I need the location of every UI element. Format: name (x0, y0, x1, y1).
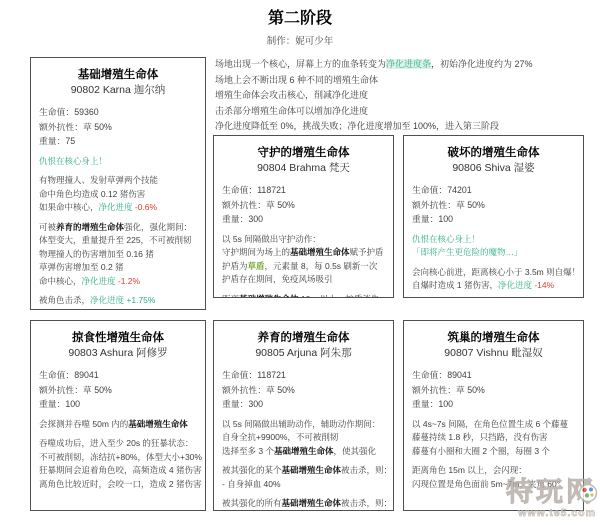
text-segment: 净化进度 (99, 202, 133, 212)
text-segment: ，元素量 8，每 0.5s 刷新一次 (265, 261, 378, 271)
card-text-line: - 直接自杀 (222, 511, 385, 512)
card-basic-proliferator: 基础增殖生命体90802 Karna 迦尔纳生命值：59360额外抗性：草 50… (30, 57, 206, 310)
card-text-line: 可被养育的增殖生命体强化，强化期间： (39, 221, 197, 235)
card-stat-resistance: 额外抗性：草 50% (39, 120, 197, 135)
text-segment: 命中角色均造成 0.12 猪伤害 (39, 189, 145, 199)
text-segment: 基础增殖生命体 (290, 247, 350, 257)
card-text-line: 不可被削韧，冻结抗+80%，体型大小+30% (39, 451, 197, 465)
card-text-line: 选择至多 3 个基础增殖生命体，使其强化 (222, 445, 385, 459)
card-text-line: 有物理撞人、发射草弹两个技能 (39, 174, 197, 188)
card-text-line: 藤蔓持续 1.8 秒，只挡路，没有伤害 (412, 431, 575, 445)
card-text-line: 护盾存在期间，免疫风场吸引 (222, 273, 385, 287)
text-segment: 净化进度 (82, 276, 116, 286)
card-subtitle: 90807 Vishnu 毗湿奴 (412, 346, 575, 361)
text-segment: 体型变大，重量提升至 225，不可被削韧 (39, 235, 192, 245)
text-segment: 场地上会不断出现 6 种不同的增殖生命体 (215, 75, 378, 85)
text-segment: 不可被削韧，冻结抗+80%，体型大小+30% (39, 452, 202, 462)
text-segment: 养育的增殖生命体 (56, 222, 124, 232)
card-stat-resistance: 额外抗性：草 50% (222, 198, 385, 213)
card-stat-hp: 生命值：59360 (39, 105, 197, 120)
text-segment: 仇恨在核心身上！ (412, 234, 480, 244)
text-segment: 净化进度降低至 0%，挑战失败；净化进度增加至 100%，进入第三阶段 (215, 121, 499, 131)
text-segment: 自爆时造成 1 猪伤害， (412, 280, 498, 290)
text-segment: 有物理撞人、发射草弹两个技能 (39, 175, 158, 185)
text-segment: 强化，强化期间： (124, 222, 192, 232)
text-segment: 自身全抗+9900%，不可被削韧 (222, 432, 338, 442)
watermark-url: www.te5.com (506, 507, 596, 519)
intro-line: 净化进度降低至 0%，挑战失败；净化进度增加至 100%，进入第三阶段 (215, 119, 593, 135)
card-paragraph: 以 4s~7s 间隔，在角色位置生成 6 个藤蔓藤蔓持续 1.8 秒，只挡路，没… (412, 418, 575, 459)
text-segment: 被击杀，则： (341, 498, 392, 508)
card-text-line: 藤蔓有小圈和大圈 2 个圈，每圈 3 个 (412, 445, 575, 459)
infographic-page: 第二阶段 制作：妮可少年 场地出现一个核心，屏幕上方的血条转变为净化进度条，初始… (0, 0, 600, 525)
card-guardian-proliferator: 守护的增殖生命体90804 Brahma 梵天生命值：118721额外抗性：草 … (213, 135, 394, 298)
text-segment: 「即将产生更危险的魔物…」 (412, 247, 523, 257)
text-segment: 守护期间为场上的 (222, 247, 290, 257)
text-segment: 选择至多 3 个 (222, 446, 274, 456)
watermark-site-name: 特玩网 (506, 478, 596, 506)
card-paragraph: 被其强化的所有基础增殖生命体被击杀，则：- 直接自杀 (222, 497, 385, 511)
card-title: 筑巢的增殖生命体 (412, 330, 575, 346)
text-segment: - 自身掉血 40% (222, 479, 281, 489)
text-segment: 增殖生命体会攻击核心，削减净化进度 (215, 90, 368, 100)
card-text-line: 离角色比较近时，会咬一口，造成 2 猪伤害 (39, 478, 197, 492)
card-title: 掠食性增殖生命体 (39, 330, 197, 346)
card-stat-weight: 重量：300 (222, 397, 385, 412)
card-text-line: 如果命中核心，净化进度 -0.6% (39, 201, 197, 215)
card-paragraph: 仇恨在核心身上！ (39, 155, 197, 169)
card-text-line: 「即将产生更危险的魔物…」 (412, 246, 575, 260)
card-stat-hp: 生命值：74201 (412, 183, 575, 198)
credit-line: 制作：妮可少年 (0, 33, 600, 47)
card-stat-resistance: 额外抗性：草 50% (222, 383, 385, 398)
text-segment: 藤蔓持续 1.8 秒，只挡路，没有伤害 (412, 432, 548, 442)
card-title: 养育的增殖生命体 (222, 330, 385, 346)
text-segment: -0.6% (133, 202, 158, 212)
text-segment: 护盾为 (222, 261, 248, 271)
text-segment: 基础增殖生命体 (128, 419, 188, 429)
card-stat-weight: 重量：100 (39, 397, 197, 412)
card-paragraph: 被角色击杀，净化进度 +1.75% (39, 294, 197, 308)
card-text-line: 仇恨在核心身上！ (412, 233, 575, 247)
text-segment: 被其强化的所有 (222, 498, 282, 508)
text-segment: 草弹伤害增加至 0.2 猪 (39, 262, 124, 272)
card-stat-resistance: 额外抗性：草 50% (39, 383, 197, 398)
card-destroyer-proliferator: 破坏的增殖生命体90806 Shiva 湿婆生命值：74201额外抗性：草 50… (403, 135, 584, 298)
card-paragraph: 吞噬成功后，进入至少 20s 的狂暴状态：不可被削韧，冻结抗+80%，体型大小+… (39, 437, 197, 491)
text-segment: 击杀部分增殖生命体可以增加净化进度 (215, 106, 368, 116)
intro-line: 场地上会不断出现 6 种不同的增殖生命体 (215, 73, 593, 89)
text-segment: 草盾 (248, 261, 265, 271)
card-text-line: 护盾为草盾，元素量 8，每 0.5s 刷新一次 (222, 260, 385, 274)
card-paragraph: 会探测并吞噬 50m 内的基础增殖生命体 (39, 418, 197, 432)
card-paragraph: 距离基础增殖生命体 10m 以上，护盾消失 (222, 293, 385, 299)
card-text-line: 命中角色均造成 0.12 猪伤害 (39, 188, 197, 202)
text-segment: 护盾存在期间，免疫风场吸引 (222, 274, 333, 284)
card-text-line: 物理撞人的伤害增加至 0.16 猪 (39, 248, 197, 262)
card-stat-weight: 重量：300 (222, 212, 385, 227)
text-segment: 命中核心， (39, 276, 82, 286)
text-segment: 净化进度 (498, 280, 532, 290)
text-segment: 如果命中核心， (39, 202, 99, 212)
card-text-line: 草弹伤害增加至 0.2 猪 (39, 261, 197, 275)
text-segment: 狂暴期间会追着角色咬，高频造成 4 猪伤害 (39, 465, 201, 475)
text-segment: -14% (532, 280, 554, 290)
card-subtitle: 90805 Arjuna 阿朱那 (222, 346, 385, 361)
text-segment: 会向核心前进，距离核心小于 3.5m 则自爆！ (412, 267, 580, 277)
card-title: 守护的增殖生命体 (222, 145, 385, 161)
card-text-line: 距离角色 15m 以上，会闪现： (412, 464, 575, 478)
card-subtitle: 90803 Ashura 阿修罗 (39, 346, 197, 361)
text-segment: 可被 (39, 222, 56, 232)
card-paragraph: 以 5s 间隔做出守护动作：守护期间为场上的基础增殖生命体赋予护盾护盾为草盾，元… (222, 233, 385, 287)
card-text-line: 被其强化的某个基础增殖生命体被击杀，则： (222, 464, 385, 478)
text-segment: +1.75% (124, 295, 155, 305)
card-text-line: 自身全抗+9900%，不可被削韧 (222, 431, 385, 445)
text-segment: 以 5s 间隔做出守护动作： (222, 234, 321, 244)
intro-text: 场地出现一个核心，屏幕上方的血条转变为净化进度条，初始净化进度约为 27%场地上… (215, 57, 593, 135)
page-title: 第二阶段 (0, 8, 600, 30)
text-segment: 吞噬成功后，进入至少 20s 的狂暴状态： (39, 438, 193, 448)
card-text-line: 会探测并吞噬 50m 内的基础增殖生命体 (39, 418, 197, 432)
text-segment: 仇恨在核心身上！ (39, 156, 107, 166)
card-stat-hp: 生命值：89041 (39, 368, 197, 383)
card-text-line: 会向核心前进，距离核心小于 3.5m 则自爆！ (412, 266, 575, 280)
card-paragraph: 被其强化的某个基础增殖生命体被击杀，则：- 自身掉血 40% (222, 464, 385, 491)
text-segment: 被角色击杀， (39, 295, 90, 305)
text-segment: 基础增殖生命体 (282, 498, 342, 508)
text-segment: 净化进度条 (386, 59, 431, 69)
card-stat-hp: 生命值：118721 (222, 183, 385, 198)
card-title: 基础增殖生命体 (39, 67, 197, 83)
header: 第二阶段 制作：妮可少年 (0, 8, 600, 47)
card-nurturer-proliferator: 养育的增殖生命体90805 Arjuna 阿朱那生命值：118721额外抗性：草… (213, 320, 394, 511)
card-paragraph: 以 5s 间隔做出辅助动作，辅助动作期间：自身全抗+9900%，不可被削韧选择至… (222, 418, 385, 459)
card-paragraph: 会向核心前进，距离核心小于 3.5m 则自爆！自爆时造成 1 猪伤害，净化进度 … (412, 266, 575, 293)
card-text-line: 以 4s~7s 间隔，在角色位置生成 6 个藤蔓 (412, 418, 575, 432)
watermark: 特玩网 www.te5.com (506, 478, 596, 519)
card-stat-resistance: 额外抗性：草 50% (412, 198, 575, 213)
card-stat-weight: 重量：75 (39, 134, 197, 149)
text-segment: 距离 (222, 294, 239, 299)
card-text-line: 仇恨在核心身上！ (39, 155, 197, 169)
text-segment: ，初始净化进度约为 27% (431, 59, 533, 69)
card-text-line: 吞噬成功后，进入至少 20s 的狂暴状态： (39, 437, 197, 451)
text-segment: 以 4s~7s 间隔，在角色位置生成 6 个藤蔓 (412, 419, 568, 429)
card-text-line: 自爆时造成 1 猪伤害，净化进度 -14% (412, 279, 575, 293)
text-segment: 净化进度 (90, 295, 124, 305)
text-segment: 物理撞人的伤害增加至 0.16 猪 (39, 249, 154, 259)
card-subtitle: 90802 Karna 迦尔纳 (39, 83, 197, 98)
text-segment: 基础增殖生命体 (282, 465, 342, 475)
text-segment: 基础增殖生命体 (239, 294, 299, 299)
card-text-line: 被角色击杀，净化进度 +1.75% (39, 294, 197, 308)
card-paragraph: 可被养育的增殖生命体强化，强化期间：体型变大，重量提升至 225，不可被削韧物理… (39, 221, 197, 289)
card-text-line: 守护期间为场上的基础增殖生命体赋予护盾 (222, 246, 385, 260)
text-segment: 被其强化的某个 (222, 465, 282, 475)
card-text-line: 以 5s 间隔做出辅助动作，辅助动作期间： (222, 418, 385, 432)
card-stat-weight: 重量：100 (412, 212, 575, 227)
card-subtitle: 90804 Brahma 梵天 (222, 161, 385, 176)
card-paragraph: 有物理撞人、发射草弹两个技能命中角色均造成 0.12 猪伤害如果命中核心，净化进… (39, 174, 197, 215)
card-stat-hp: 生命值：89041 (412, 368, 575, 383)
text-segment: 会探测并吞噬 50m 内的 (39, 419, 128, 429)
intro-line: 击杀部分增殖生命体可以增加净化进度 (215, 104, 593, 120)
card-subtitle: 90806 Shiva 湿婆 (412, 161, 575, 176)
text-segment: 被击杀，则： (341, 465, 392, 475)
card-text-line: 狂暴期间会追着角色咬，高频造成 4 猪伤害 (39, 464, 197, 478)
text-segment: 距离角色 15m 以上，会闪现： (412, 465, 527, 475)
card-text-line: 距离基础增殖生命体 10m 以上，护盾消失 (222, 293, 385, 299)
text-segment: ，使其强化 (333, 446, 376, 456)
card-predator-proliferator: 掠食性增殖生命体90803 Ashura 阿修罗生命值：89041额外抗性：草 … (30, 320, 206, 511)
text-segment: 藤蔓有小圈和大圈 2 个圈，每圈 3 个 (412, 446, 550, 456)
intro-line: 场地出现一个核心，屏幕上方的血条转变为净化进度条，初始净化进度约为 27% (215, 57, 593, 73)
intro-line: 增殖生命体会攻击核心，削减净化进度 (215, 88, 593, 104)
text-segment: -1.2% (116, 276, 141, 286)
card-paragraph: 仇恨在核心身上！「即将产生更危险的魔物…」 (412, 233, 575, 260)
text-segment: 以 5s 间隔做出辅助动作，辅助动作期间： (222, 419, 380, 429)
card-stat-hp: 生命值：118721 (222, 368, 385, 383)
text-segment: 场地出现一个核心，屏幕上方的血条转变为 (215, 59, 386, 69)
te5-logo-icon (578, 480, 598, 508)
card-text-line: 命中核心，净化进度 -1.2% (39, 275, 197, 289)
text-segment: 赋予护盾 (350, 247, 384, 257)
card-title: 破坏的增殖生命体 (412, 145, 575, 161)
text-segment: 离角色比较近时，会咬一口，造成 2 猪伤害 (39, 479, 201, 489)
card-text-line: 体型变大，重量提升至 225，不可被削韧 (39, 234, 197, 248)
card-stat-resistance: 额外抗性：草 50% (412, 383, 575, 398)
card-text-line: 被其强化的所有基础增殖生命体被击杀，则： (222, 497, 385, 511)
text-segment: 10m 以上，护盾消失 (299, 294, 380, 299)
card-text-line: 以 5s 间隔做出守护动作： (222, 233, 385, 247)
text-segment: 基础增殖生命体 (274, 446, 334, 456)
card-text-line: - 自身掉血 40% (222, 478, 385, 492)
card-stat-weight: 重量：100 (412, 397, 575, 412)
